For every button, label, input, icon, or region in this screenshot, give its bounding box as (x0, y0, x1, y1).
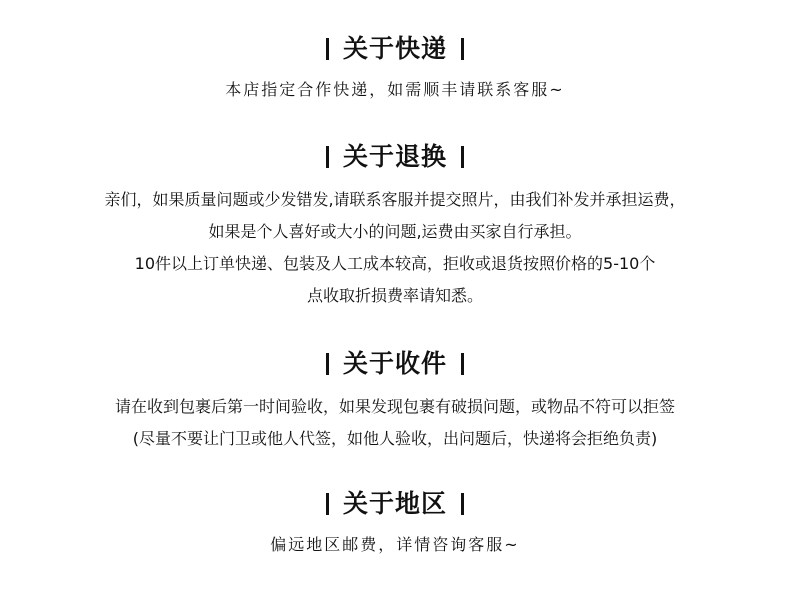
receiving-text-line: 请在收到包裹后第一时间验收，如果发现包裹有破损问题，或物品不符可以拒签 (0, 391, 790, 423)
heading-title: 关于退换 (343, 142, 447, 172)
returns-text-line: 点收取折损费率请知悉。 (0, 280, 790, 312)
section-region: 关于地区 偏远地区邮费，详情咨询客服~ (0, 489, 790, 561)
heading-title: 关于地区 (343, 489, 447, 519)
heading-title: 关于快递 (343, 34, 447, 64)
divider-bar-icon (326, 38, 329, 60)
returns-text-line: 如果是个人喜好或大小的问题,运费由买家自行承担。 (0, 216, 790, 248)
region-text: 偏远地区邮费，详情咨询客服~ (0, 529, 790, 561)
divider-bar-icon (326, 493, 329, 515)
returns-text-line: 10件以上订单快递、包装及人工成本较高，拒收或退货按照价格的5-10个 (0, 248, 790, 280)
section-heading: 关于快递 (0, 34, 790, 64)
delivery-text: 本店指定合作快递，如需顺丰请联系客服~ (0, 74, 790, 106)
section-returns: 关于退换 亲们，如果质量问题或少发错发,请联系客服并提交照片，由我们补发并承担运… (0, 142, 790, 312)
divider-bar-icon (461, 146, 464, 168)
section-heading: 关于收件 (0, 349, 790, 379)
divider-bar-icon (326, 146, 329, 168)
returns-text-line: 亲们，如果质量问题或少发错发,请联系客服并提交照片，由我们补发并承担运费， (0, 184, 790, 216)
heading-title: 关于收件 (343, 349, 447, 379)
divider-bar-icon (326, 353, 329, 375)
section-receiving: 关于收件 请在收到包裹后第一时间验收，如果发现包裹有破损问题，或物品不符可以拒签… (0, 349, 790, 455)
section-heading: 关于地区 (0, 489, 790, 519)
receiving-text-line: (尽量不要让门卫或他人代签，如他人验收，出问题后，快递将会拒绝负责) (0, 423, 790, 455)
divider-bar-icon (461, 353, 464, 375)
section-heading: 关于退换 (0, 142, 790, 172)
section-delivery: 关于快递 本店指定合作快递，如需顺丰请联系客服~ (0, 34, 790, 106)
divider-bar-icon (461, 493, 464, 515)
divider-bar-icon (461, 38, 464, 60)
